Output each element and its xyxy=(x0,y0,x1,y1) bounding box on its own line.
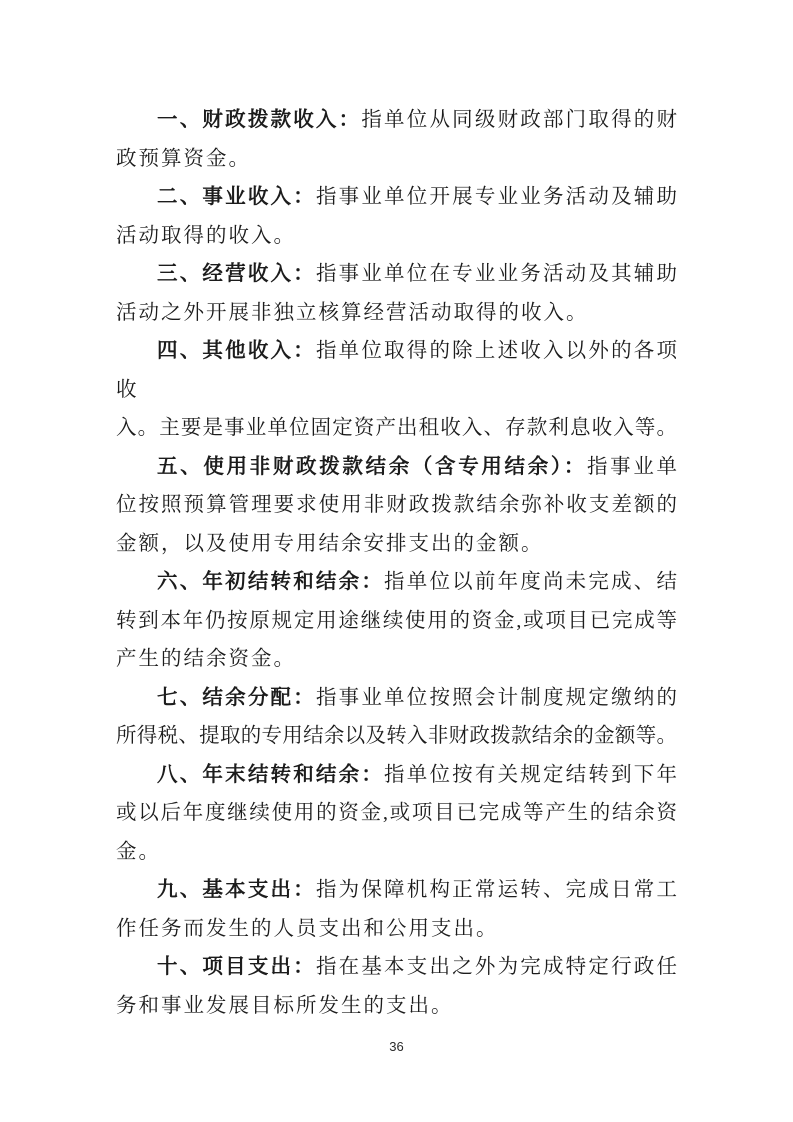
definition-text: 指单位按有关规定结转到下年 xyxy=(384,764,677,786)
text-line: 位按照预算管理要求使用非财政拨款结余弥补收支差额的 xyxy=(116,486,677,525)
text-line: 活动之外开展非独立核算经营活动取得的收入。 xyxy=(116,294,677,333)
definition-text: 指单位从同级财政部门取得的财 xyxy=(361,109,677,131)
definition-text: 政预算资金。 xyxy=(116,148,251,170)
text-line: 转到本年仍按原规定用途继续使用的资金,或项目已完成等 xyxy=(116,602,677,641)
term-label: 三、经营收入： xyxy=(157,263,316,285)
text-line: 金额，以及使用专用结余安排支出的金额。 xyxy=(116,525,677,564)
paragraph: 十、项目支出：指在基本支出之外为完成特定行政任务和事业发展目标所发生的支出。 xyxy=(116,948,677,1025)
text-line: 八、年末结转和结余：指单位按有关规定结转到下年 xyxy=(116,756,677,795)
text-line: 金。 xyxy=(116,833,677,872)
text-line: 政预算资金。 xyxy=(116,140,677,179)
term-label: 一、财政拨款收入： xyxy=(157,109,361,131)
document-body: 一、财政拨款收入：指单位从同级财政部门取得的财政预算资金。二、事业收入：指事业单… xyxy=(116,101,677,1025)
text-line: 入。主要是事业单位固定资产出租收入、存款利息收入等。 xyxy=(116,409,677,448)
paragraph: 八、年末结转和结余：指单位按有关规定结转到下年或以后年度继续使用的资金,或项目已… xyxy=(116,756,677,872)
text-line: 二、事业收入：指事业单位开展专业业务活动及辅助 xyxy=(116,178,677,217)
text-line: 四、其他收入：指单位取得的除上述收入以外的各项 xyxy=(116,332,677,371)
text-line: 一、财政拨款收入：指单位从同级财政部门取得的财 xyxy=(116,101,677,140)
term-label: 六、年初结转和结余： xyxy=(157,571,384,593)
paragraph: 一、财政拨款收入：指单位从同级财政部门取得的财政预算资金。 xyxy=(116,101,677,178)
text-line: 产生的结余资金。 xyxy=(116,640,677,679)
document-page: 一、财政拨款收入：指单位从同级财政部门取得的财政预算资金。二、事业收入：指事业单… xyxy=(0,0,793,1122)
term-label: 九、基本支出： xyxy=(157,879,316,901)
page-number: 36 xyxy=(0,1039,793,1054)
text-line: 十、项目支出：指在基本支出之外为完成特定行政任 xyxy=(116,948,677,987)
definition-text: 指事业单位在专业业务活动及其辅助 xyxy=(316,263,677,285)
paragraph: 七、结余分配：指事业单位按照会计制度规定缴纳的所得税、提取的专用结余以及转入非财… xyxy=(116,679,677,756)
paragraph: 六、年初结转和结余：指单位以前年度尚未完成、结转到本年仍按原规定用途继续使用的资… xyxy=(116,563,677,679)
text-line: 作任务而发生的人员支出和公用支出。 xyxy=(116,910,677,949)
definition-text: 金额，以及使用专用结余安排支出的金额。 xyxy=(116,533,544,555)
paragraph: 三、经营收入：指事业单位在专业业务活动及其辅助活动之外开展非独立核算经营活动取得… xyxy=(116,255,677,332)
paragraph: 九、基本支出：指为保障机构正常运转、完成日常工作任务而发生的人员支出和公用支出。 xyxy=(116,871,677,948)
definition-text: 指为保障机构正常运转、完成日常工 xyxy=(316,879,677,901)
definition-text: 指事业单位按照会计制度规定缴纳的 xyxy=(316,687,677,709)
definition-text: 活动取得的收入。 xyxy=(116,225,296,247)
text-line: 或以后年度继续使用的资金,或项目已完成等产生的结余资 xyxy=(116,794,677,833)
definition-text: 指事业单 xyxy=(587,456,677,478)
text-line: 活动取得的收入。 xyxy=(116,217,677,256)
definition-text: 产生的结余资金。 xyxy=(116,648,296,670)
text-line: 收 xyxy=(116,371,677,410)
text-line: 所得税、提取的专用结余以及转入非财政拨款结余的金额等。 xyxy=(116,717,677,756)
definition-text: 指事业单位开展专业业务活动及辅助 xyxy=(316,186,677,208)
definition-text: 入。主要是事业单位固定资产出租收入、存款利息收入等。 xyxy=(116,417,677,439)
definition-text: 或以后年度继续使用的资金,或项目已完成等产生的结余资 xyxy=(116,802,677,824)
definition-text: 活动之外开展非独立核算经营活动取得的收入。 xyxy=(116,302,589,324)
definition-text: 金。 xyxy=(116,841,161,863)
text-line: 五、使用非财政拨款结余（含专用结余）：指事业单 xyxy=(116,448,677,487)
term-label: 十、项目支出： xyxy=(157,956,316,978)
term-label: 四、其他收入： xyxy=(157,340,316,362)
paragraph: 二、事业收入：指事业单位开展专业业务活动及辅助活动取得的收入。 xyxy=(116,178,677,255)
definition-text: 指单位取得的除上述收入以外的各项 xyxy=(316,340,677,362)
text-line: 三、经营收入：指事业单位在专业业务活动及其辅助 xyxy=(116,255,677,294)
term-label: 五、使用非财政拨款结余（含专用结余）： xyxy=(157,456,587,478)
text-line: 九、基本支出：指为保障机构正常运转、完成日常工 xyxy=(116,871,677,910)
definition-text: 位按照预算管理要求使用非财政拨款结余弥补收支差额的 xyxy=(116,494,677,516)
term-label: 七、结余分配： xyxy=(157,687,316,709)
text-line: 务和事业发展目标所发生的支出。 xyxy=(116,987,677,1026)
definition-text: 指在基本支出之外为完成特定行政任 xyxy=(316,956,677,978)
definition-text: 转到本年仍按原规定用途继续使用的资金,或项目已完成等 xyxy=(116,610,677,632)
paragraph: 四、其他收入：指单位取得的除上述收入以外的各项收入。主要是事业单位固定资产出租收… xyxy=(116,332,677,448)
text-line: 六、年初结转和结余：指单位以前年度尚未完成、结 xyxy=(116,563,677,602)
term-label: 二、事业收入： xyxy=(157,186,316,208)
paragraph: 五、使用非财政拨款结余（含专用结余）：指事业单位按照预算管理要求使用非财政拨款结… xyxy=(116,448,677,564)
term-label: 八、年末结转和结余： xyxy=(157,764,384,786)
definition-text: 务和事业发展目标所发生的支出。 xyxy=(116,995,454,1017)
definition-text: 收 xyxy=(116,379,139,401)
text-line: 七、结余分配：指事业单位按照会计制度规定缴纳的 xyxy=(116,679,677,718)
definition-text: 作任务而发生的人员支出和公用支出。 xyxy=(116,918,499,940)
definition-text: 指单位以前年度尚未完成、结 xyxy=(384,571,677,593)
definition-text: 所得税、提取的专用结余以及转入非财政拨款结余的金额等。 xyxy=(116,725,677,747)
